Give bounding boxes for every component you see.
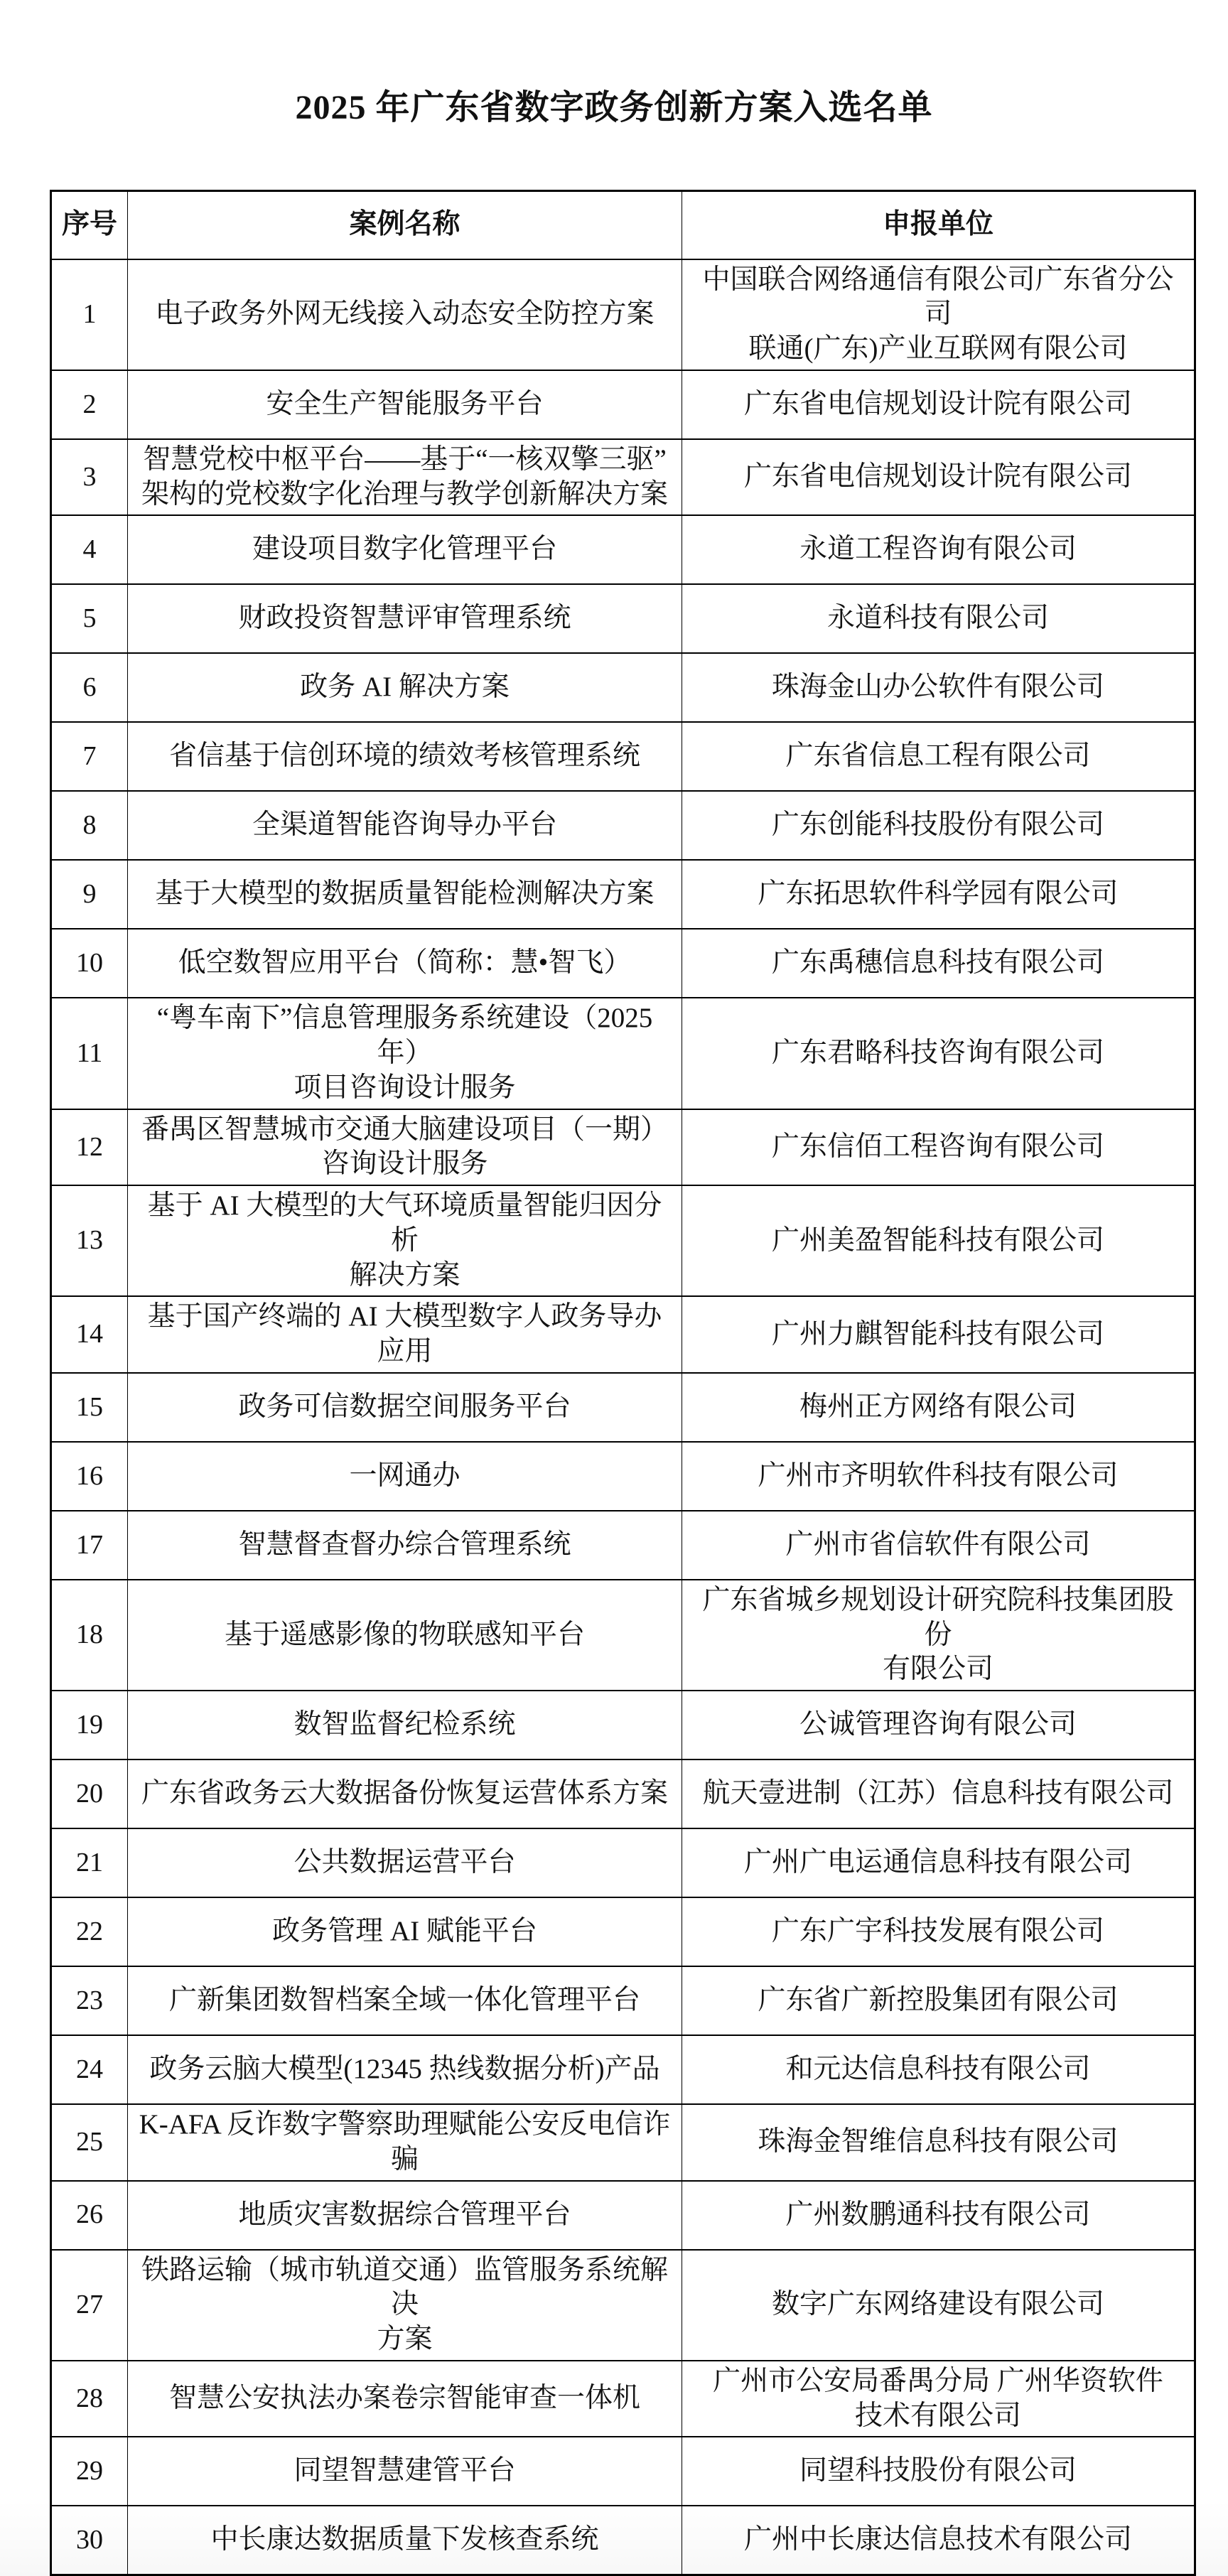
table-row: 27铁路运输（城市轨道交通）监管服务系统解决 方案数字广东网络建设有限公司 <box>51 2250 1195 2361</box>
applicant-org-cell: 公诚管理咨询有限公司 <box>682 1691 1195 1759</box>
row-number-cell: 1 <box>51 259 128 370</box>
row-number-cell: 11 <box>51 998 128 1109</box>
row-number-cell: 14 <box>51 1296 128 1373</box>
row-number-cell: 23 <box>51 1966 128 2035</box>
table-row: 22政务管理 AI 赋能平台广东广宇科技发展有限公司 <box>51 1897 1195 1966</box>
case-name-cell: 电子政务外网无线接入动态安全防控方案 <box>128 259 682 370</box>
case-name-cell: 省信基于信创环境的绩效考核管理系统 <box>128 722 682 791</box>
applicant-org-cell: 航天壹进制（江苏）信息科技有限公司 <box>682 1759 1195 1828</box>
row-number-cell: 27 <box>51 2250 128 2361</box>
applicant-org-cell: 数字广东网络建设有限公司 <box>682 2250 1195 2361</box>
applicant-org-cell: 广东禹穗信息科技有限公司 <box>682 929 1195 998</box>
case-name-cell: 政务云脑大模型(12345 热线数据分析)产品 <box>128 2035 682 2104</box>
applicant-org-cell: 梅州正方网络有限公司 <box>682 1373 1195 1442</box>
table-row: 11“粤车南下”信息管理服务系统建设（2025 年） 项目咨询设计服务广东君略科… <box>51 998 1195 1109</box>
case-name-cell: 智慧公安执法办案卷宗智能审查一体机 <box>128 2361 682 2437</box>
applicant-org-cell: 广东君略科技咨询有限公司 <box>682 998 1195 1109</box>
row-number-cell: 8 <box>51 791 128 860</box>
case-name-cell: 安全生产智能服务平台 <box>128 370 682 439</box>
applicant-org-cell: 和元达信息科技有限公司 <box>682 2035 1195 2104</box>
table-row: 17智慧督查督办综合管理系统广州市省信软件有限公司 <box>51 1511 1195 1580</box>
column-header-org: 申报单位 <box>682 191 1195 259</box>
table-row: 21公共数据运营平台广州广电运通信息科技有限公司 <box>51 1828 1195 1897</box>
case-name-cell: 基于大模型的数据质量智能检测解决方案 <box>128 860 682 929</box>
selection-list-table: 序号 案例名称 申报单位 1电子政务外网无线接入动态安全防控方案中国联合网络通信… <box>50 190 1196 2576</box>
case-name-cell: K-AFA 反诈数字警察助理赋能公安反电信诈骗 <box>128 2104 682 2181</box>
table-row: 2安全生产智能服务平台广东省电信规划设计院有限公司 <box>51 370 1195 439</box>
column-header-no: 序号 <box>51 191 128 259</box>
table-body: 1电子政务外网无线接入动态安全防控方案中国联合网络通信有限公司广东省分公司 联通… <box>51 259 1195 2575</box>
row-number-cell: 30 <box>51 2506 128 2575</box>
row-number-cell: 2 <box>51 370 128 439</box>
applicant-org-cell: 广东创能科技股份有限公司 <box>682 791 1195 860</box>
case-name-cell: 政务 AI 解决方案 <box>128 653 682 722</box>
applicant-org-cell: 广东省信息工程有限公司 <box>682 722 1195 791</box>
case-name-cell: 政务管理 AI 赋能平台 <box>128 1897 682 1966</box>
applicant-org-cell: 永道科技有限公司 <box>682 584 1195 653</box>
applicant-org-cell: 广东省电信规划设计院有限公司 <box>682 370 1195 439</box>
case-name-cell: “粤车南下”信息管理服务系统建设（2025 年） 项目咨询设计服务 <box>128 998 682 1109</box>
case-name-cell: 番禺区智慧城市交通大脑建设项目（一期） 咨询设计服务 <box>128 1109 682 1186</box>
table-row: 5财政投资智慧评审管理系统永道科技有限公司 <box>51 584 1195 653</box>
table-row: 28智慧公安执法办案卷宗智能审查一体机广州市公安局番禺分局 广州华资软件 技术有… <box>51 2361 1195 2437</box>
applicant-org-cell: 广州市齐明软件科技有限公司 <box>682 1442 1195 1511</box>
table-row: 18基于遥感影像的物联感知平台广东省城乡规划设计研究院科技集团股份 有限公司 <box>51 1580 1195 1691</box>
column-header-case-name: 案例名称 <box>128 191 682 259</box>
applicant-org-cell: 广东省广新控股集团有限公司 <box>682 1966 1195 2035</box>
row-number-cell: 5 <box>51 584 128 653</box>
applicant-org-cell: 广东省电信规划设计院有限公司 <box>682 439 1195 516</box>
case-name-cell: 全渠道智能咨询导办平台 <box>128 791 682 860</box>
applicant-org-cell: 广州市省信软件有限公司 <box>682 1511 1195 1580</box>
row-number-cell: 13 <box>51 1185 128 1296</box>
case-name-cell: 公共数据运营平台 <box>128 1828 682 1897</box>
row-number-cell: 17 <box>51 1511 128 1580</box>
table-row: 20广东省政务云大数据备份恢复运营体系方案航天壹进制（江苏）信息科技有限公司 <box>51 1759 1195 1828</box>
row-number-cell: 24 <box>51 2035 128 2104</box>
table-row: 3智慧党校中枢平台——基于“一核双擎三驱” 架构的党校数字化治理与教学创新解决方… <box>51 439 1195 516</box>
table-row: 6政务 AI 解决方案珠海金山办公软件有限公司 <box>51 653 1195 722</box>
document-page: 2025 年广东省数字政务创新方案入选名单 序号 案例名称 申报单位 1电子政务… <box>0 0 1228 2576</box>
table-row: 4建设项目数字化管理平台永道工程咨询有限公司 <box>51 515 1195 584</box>
case-name-cell: 一网通办 <box>128 1442 682 1511</box>
table-header-row: 序号 案例名称 申报单位 <box>51 191 1195 259</box>
applicant-org-cell: 广州中长康达信息技术有限公司 <box>682 2506 1195 2575</box>
table-row: 14基于国产终端的 AI 大模型数字人政务导办 应用广州力麒智能科技有限公司 <box>51 1296 1195 1373</box>
case-name-cell: 财政投资智慧评审管理系统 <box>128 584 682 653</box>
table-row: 13基于 AI 大模型的大气环境质量智能归因分析 解决方案广州美盈智能科技有限公… <box>51 1185 1195 1296</box>
row-number-cell: 6 <box>51 653 128 722</box>
applicant-org-cell: 珠海金山办公软件有限公司 <box>682 653 1195 722</box>
row-number-cell: 19 <box>51 1691 128 1759</box>
case-name-cell: 中长康达数据质量下发核查系统 <box>128 2506 682 2575</box>
table-row: 10低空数智应用平台（简称：慧•智飞）广东禹穗信息科技有限公司 <box>51 929 1195 998</box>
table-row: 19数智监督纪检系统公诚管理咨询有限公司 <box>51 1691 1195 1759</box>
applicant-org-cell: 广东广宇科技发展有限公司 <box>682 1897 1195 1966</box>
applicant-org-cell: 广州广电运通信息科技有限公司 <box>682 1828 1195 1897</box>
case-name-cell: 基于国产终端的 AI 大模型数字人政务导办 应用 <box>128 1296 682 1373</box>
row-number-cell: 20 <box>51 1759 128 1828</box>
table-row: 30中长康达数据质量下发核查系统广州中长康达信息技术有限公司 <box>51 2506 1195 2575</box>
case-name-cell: 广东省政务云大数据备份恢复运营体系方案 <box>128 1759 682 1828</box>
row-number-cell: 22 <box>51 1897 128 1966</box>
row-number-cell: 21 <box>51 1828 128 1897</box>
case-name-cell: 低空数智应用平台（简称：慧•智飞） <box>128 929 682 998</box>
case-name-cell: 政务可信数据空间服务平台 <box>128 1373 682 1442</box>
row-number-cell: 4 <box>51 515 128 584</box>
row-number-cell: 16 <box>51 1442 128 1511</box>
row-number-cell: 10 <box>51 929 128 998</box>
table-row: 24政务云脑大模型(12345 热线数据分析)产品和元达信息科技有限公司 <box>51 2035 1195 2104</box>
case-name-cell: 智慧督查督办综合管理系统 <box>128 1511 682 1580</box>
applicant-org-cell: 广州市公安局番禺分局 广州华资软件 技术有限公司 <box>682 2361 1195 2437</box>
applicant-org-cell: 广州美盈智能科技有限公司 <box>682 1185 1195 1296</box>
row-number-cell: 28 <box>51 2361 128 2437</box>
row-number-cell: 9 <box>51 860 128 929</box>
table-row: 7省信基于信创环境的绩效考核管理系统广东省信息工程有限公司 <box>51 722 1195 791</box>
case-name-cell: 铁路运输（城市轨道交通）监管服务系统解决 方案 <box>128 2250 682 2361</box>
table-row: 23广新集团数智档案全域一体化管理平台广东省广新控股集团有限公司 <box>51 1966 1195 2035</box>
case-name-cell: 基于遥感影像的物联感知平台 <box>128 1580 682 1691</box>
applicant-org-cell: 广东拓思软件科学园有限公司 <box>682 860 1195 929</box>
applicant-org-cell: 广东省城乡规划设计研究院科技集团股份 有限公司 <box>682 1580 1195 1691</box>
case-name-cell: 广新集团数智档案全域一体化管理平台 <box>128 1966 682 2035</box>
applicant-org-cell: 广州数鹏通科技有限公司 <box>682 2181 1195 2250</box>
row-number-cell: 7 <box>51 722 128 791</box>
case-name-cell: 地质灾害数据综合管理平台 <box>128 2181 682 2250</box>
row-number-cell: 25 <box>51 2104 128 2181</box>
applicant-org-cell: 广东信佰工程咨询有限公司 <box>682 1109 1195 1186</box>
table-row: 15政务可信数据空间服务平台梅州正方网络有限公司 <box>51 1373 1195 1442</box>
case-name-cell: 建设项目数字化管理平台 <box>128 515 682 584</box>
table-row: 8全渠道智能咨询导办平台广东创能科技股份有限公司 <box>51 791 1195 860</box>
row-number-cell: 3 <box>51 439 128 516</box>
page-title: 2025 年广东省数字政务创新方案入选名单 <box>0 80 1228 129</box>
row-number-cell: 26 <box>51 2181 128 2250</box>
row-number-cell: 18 <box>51 1580 128 1691</box>
row-number-cell: 12 <box>51 1109 128 1186</box>
case-name-cell: 数智监督纪检系统 <box>128 1691 682 1759</box>
applicant-org-cell: 中国联合网络通信有限公司广东省分公司 联通(广东)产业互联网有限公司 <box>682 259 1195 370</box>
applicant-org-cell: 永道工程咨询有限公司 <box>682 515 1195 584</box>
applicant-org-cell: 广州力麒智能科技有限公司 <box>682 1296 1195 1373</box>
case-name-cell: 基于 AI 大模型的大气环境质量智能归因分析 解决方案 <box>128 1185 682 1296</box>
table-row: 9基于大模型的数据质量智能检测解决方案广东拓思软件科学园有限公司 <box>51 860 1195 929</box>
table-row: 26地质灾害数据综合管理平台广州数鹏通科技有限公司 <box>51 2181 1195 2250</box>
table-row: 12番禺区智慧城市交通大脑建设项目（一期） 咨询设计服务广东信佰工程咨询有限公司 <box>51 1109 1195 1186</box>
row-number-cell: 15 <box>51 1373 128 1442</box>
applicant-org-cell: 珠海金智维信息科技有限公司 <box>682 2104 1195 2181</box>
case-name-cell: 智慧党校中枢平台——基于“一核双擎三驱” 架构的党校数字化治理与教学创新解决方案 <box>128 439 682 516</box>
table-row: 1电子政务外网无线接入动态安全防控方案中国联合网络通信有限公司广东省分公司 联通… <box>51 259 1195 370</box>
table-row: 25K-AFA 反诈数字警察助理赋能公安反电信诈骗珠海金智维信息科技有限公司 <box>51 2104 1195 2181</box>
table-row: 16一网通办广州市齐明软件科技有限公司 <box>51 1442 1195 1511</box>
